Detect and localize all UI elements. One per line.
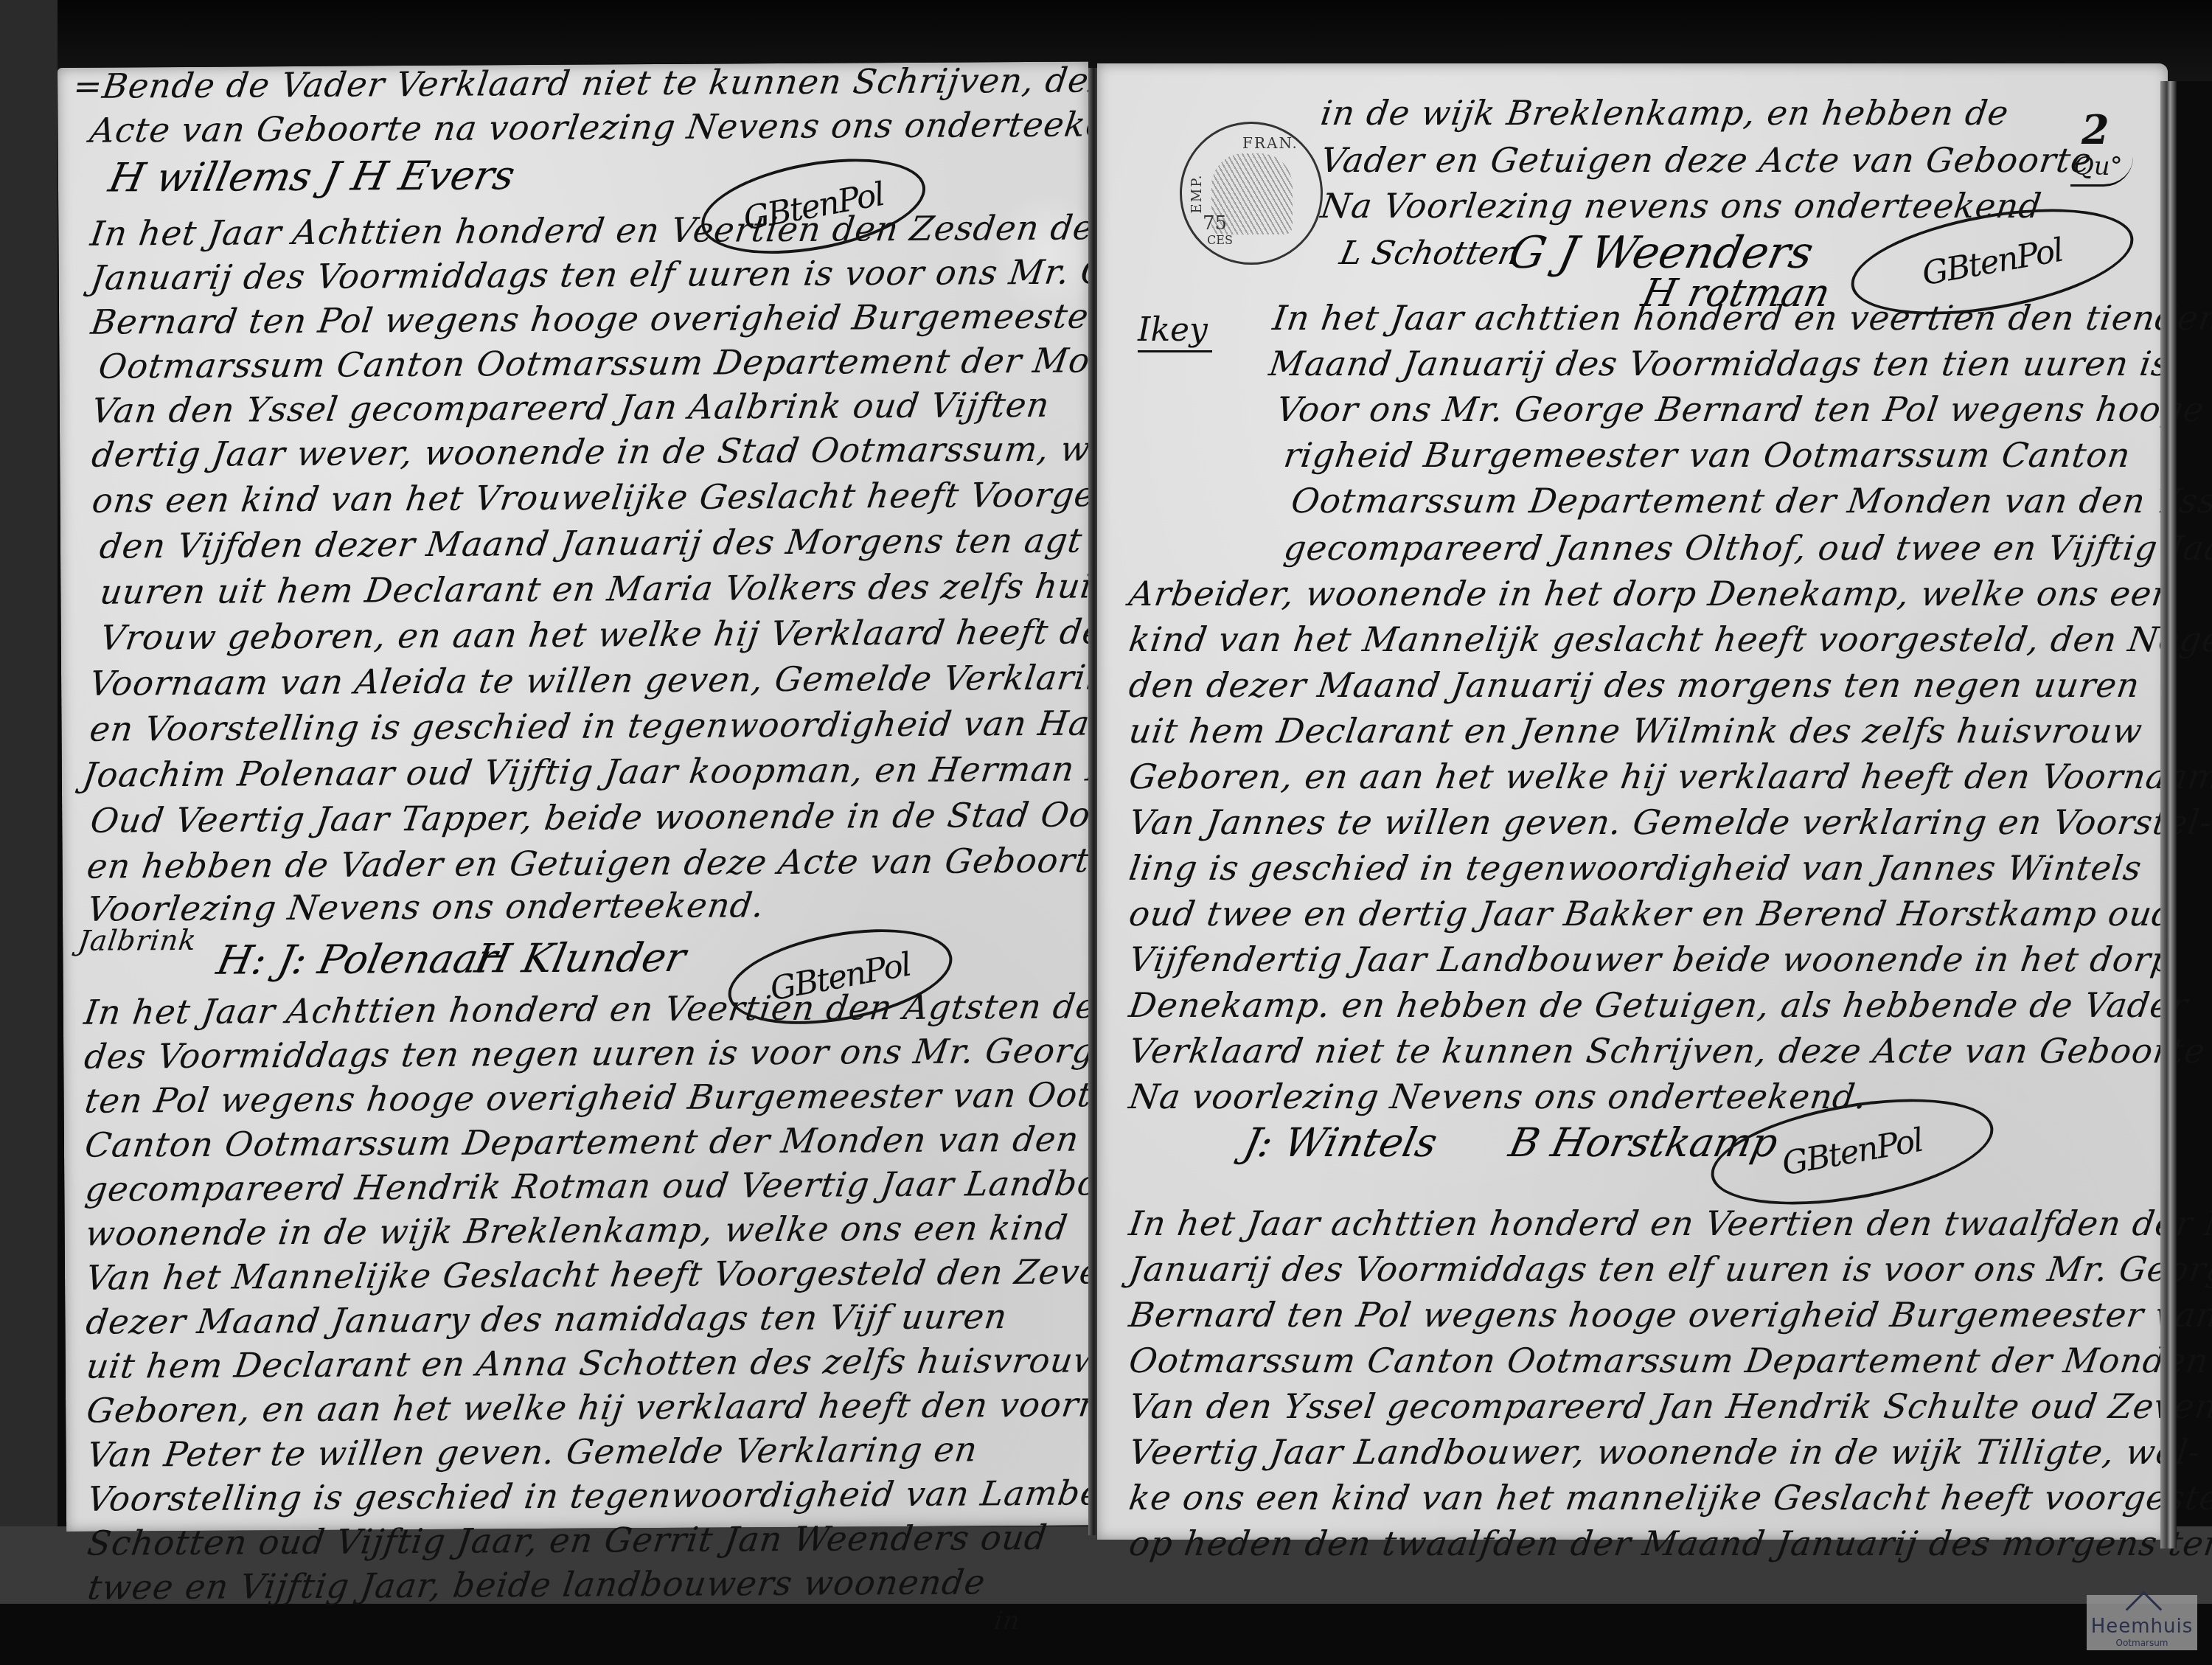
text-line: Van Jannes te willen geven. Gemelde verk… [1127,802,2212,842]
witness-signature: J H Evers [319,152,518,200]
text-line: Voornaam van Aleida te willen geven, Gem… [87,657,1133,703]
scan-background-left [0,0,58,1665]
text-line: righeid Burgemeester van Ootmarssum Cant… [1281,435,2133,475]
text-line: Van den Yssel gecompareerd Jan Hendrik S… [1127,1386,2212,1426]
right-page: in de wijk Breklenkamp, en hebben de Vad… [1097,63,2168,1540]
text-line: Januarij des Voormiddags ten elf uuren i… [88,251,1214,297]
text-line: Joachim Polenaar oud Vijftig Jaar koopma… [80,748,1232,795]
scan-background-bottom [0,1604,2212,1665]
text-line: ling is geschied in tegenwoordigheid van… [1127,848,2144,888]
stamp-value: 75 [1203,212,1227,234]
text-line: uuren uit hem Declarant en Maria Volkers… [98,566,1113,611]
official-signature: GBtenPol [1779,1121,1925,1183]
official-signature: GBtenPol [740,175,886,237]
witness-signature: H Klunder [471,934,690,982]
text-line: Voorlezing Nevens ons onderteekend. [85,885,767,929]
text-line: en hebben de Vader en Getuigen deze Acte… [85,840,1169,886]
text-line: Vader en Getuigen deze Acte van Geboorte [1318,140,2095,180]
text-line: Ootmarssum Canton Ootmarssum Departement… [97,340,1181,386]
stamp-unit: CES [1207,233,1233,247]
text-line: den dezer Maand Januarij des morgens ten… [1127,665,2143,705]
text-line: Vrouw geboren, en aan het welke hij Verk… [98,611,1129,658]
margin-annotation: Jalbrink [76,924,198,957]
witness-signature: J: Wintels [1239,1119,1441,1166]
text-line: Canton Ootmarssum Departement der Monden… [83,1119,1185,1165]
text-line: Ootmarssum Departement der Monden van de… [1289,481,2212,521]
text-line: In het Jaar achttien honderd en Veertien… [1127,1203,2212,1243]
text-line: =Bende de Vader Verklaard niet te kunnen… [71,60,1131,106]
text-line: Ootmarssum Canton Ootmarssum Departement… [1127,1341,2212,1380]
margin-note: Ikey [1138,311,1212,352]
text-line: gecompareerd Jannes Olthof, oud twee en … [1281,528,2212,568]
text-line: Veertig Jaar Landbouwer, woonende in de … [1127,1432,2203,1472]
text-line: Van Peter te willen geven. Gemelde Verkl… [85,1429,981,1474]
text-line: Bernard ten Pol wegens hooge overigheid … [88,296,1183,342]
text-line: ons een kind van het Vrouwelijke Geslach… [90,474,1186,521]
witness-signature: H rotman [1638,271,1834,316]
stamp-side-text: EMP. [1189,174,1205,214]
text-line: dertig Jaar wever, woonende in de Stad O… [89,428,1167,475]
heemhuis-watermark: Heemhuis Ootmarsum [2087,1595,2197,1650]
page-stack-edge [2160,81,2177,1548]
text-line: oud twee en dertig Jaar Bakker en Berend… [1127,894,2177,934]
text-line: In het Jaar Achttien honderd en Veertien… [88,206,1248,254]
watermark-subtitle: Ootmarsum [2087,1638,2197,1648]
text-line: gecompareerd Hendrik Rotman oud Veertig … [83,1163,1191,1209]
text-line: uit hem Declarant en Jenne Wilmink des z… [1127,711,2145,751]
text-line: Bernard ten Pol wegens hooge overigheid … [1127,1295,2212,1335]
text-line: op heden den twaalfden der Maand Januari… [1127,1523,2212,1563]
text-line: Acte van Geboorte na voorlezing Nevens o… [88,104,1155,150]
witness-signature: L Schotten [1337,234,1523,272]
left-page: =Bende de Vader Verklaard niet te kunnen… [58,61,1097,1532]
text-line: Maand Januarij des Voormiddags ten tien … [1267,344,2173,383]
folio-mark: Qu° [2070,152,2133,187]
official-signature: GBtenPol [1919,231,2065,293]
watermark-title: Heemhuis [2087,1616,2197,1638]
text-line: in de wijk Breklenkamp, en hebben de [1318,93,2011,133]
revenue-stamp-icon: FRAN. EMP. 75 CES [1180,122,1323,265]
text-line: dezer Maand January des namiddags ten Vi… [84,1296,1010,1342]
page-number: 2 [2081,106,2110,153]
text-line: ten Pol wegens hooge overigheid Burgemee… [83,1074,1258,1121]
text-line: den Vijfden dezer Maand Januarij des Mor… [97,520,1085,566]
text-line: Geboren, en aan het welke hij verklaard … [84,1384,1178,1431]
text-line: Verklaard niet te kunnen Schrijven, deze… [1127,1031,2208,1071]
catchword: in [992,1606,1022,1636]
text-line: Voorstelling is geschied in tegenwoordig… [85,1473,1135,1519]
text-line: Van den Yssel gecompareerd Jan Aalbrink … [89,385,1052,431]
text-line: uit hem Declarant en Anna Schotten des z… [84,1340,1106,1386]
text-line: Geboren, en aan het welke hij verklaard … [1127,757,2212,796]
text-line: Januarij des Voormiddags ten elf uuren i… [1127,1249,2212,1289]
stamp-top-text: FRAN. [1242,134,1298,152]
official-signature: GBtenPol [768,945,914,1008]
text-line: Schotten oud Vijftig Jaar, en Gerrit Jan… [85,1518,1049,1563]
text-line: Van het Mannelijke Geslacht heeft Voorge… [83,1251,1192,1298]
text-line: twee en Vijftig Jaar, beide landbouwers … [86,1562,988,1607]
text-line: Arbeider, woonende in het dorp Denekamp,… [1127,574,2177,613]
text-line: Denekamp. en hebben de Getuigen, als heb… [1127,985,2191,1025]
official-seal-signature: GBtenPol [694,143,933,269]
witness-signature: H willems [105,153,316,201]
text-line: kind van het Mannelijk geslacht heeft vo… [1127,619,2212,659]
text-line: ke ons een kind van het mannelijke Gesla… [1127,1478,2212,1518]
text-line: Voor ons Mr. George Bernard ten Pol wege… [1274,389,2212,429]
text-line: Vijfendertig Jaar Landbouwer beide woone… [1127,939,2176,979]
text-line: Na Voorlezing nevens ons onderteekend [1318,186,2044,226]
text-line: woonende in de wijk Breklenkamp, welke o… [83,1208,1071,1254]
text-line: en Voorstelling is geschied in tegenwoor… [88,703,1165,749]
text-line: Na voorlezing Nevens ons onderteekend. [1127,1077,1870,1116]
witness-signature: H: J: Polenaar [213,935,501,983]
